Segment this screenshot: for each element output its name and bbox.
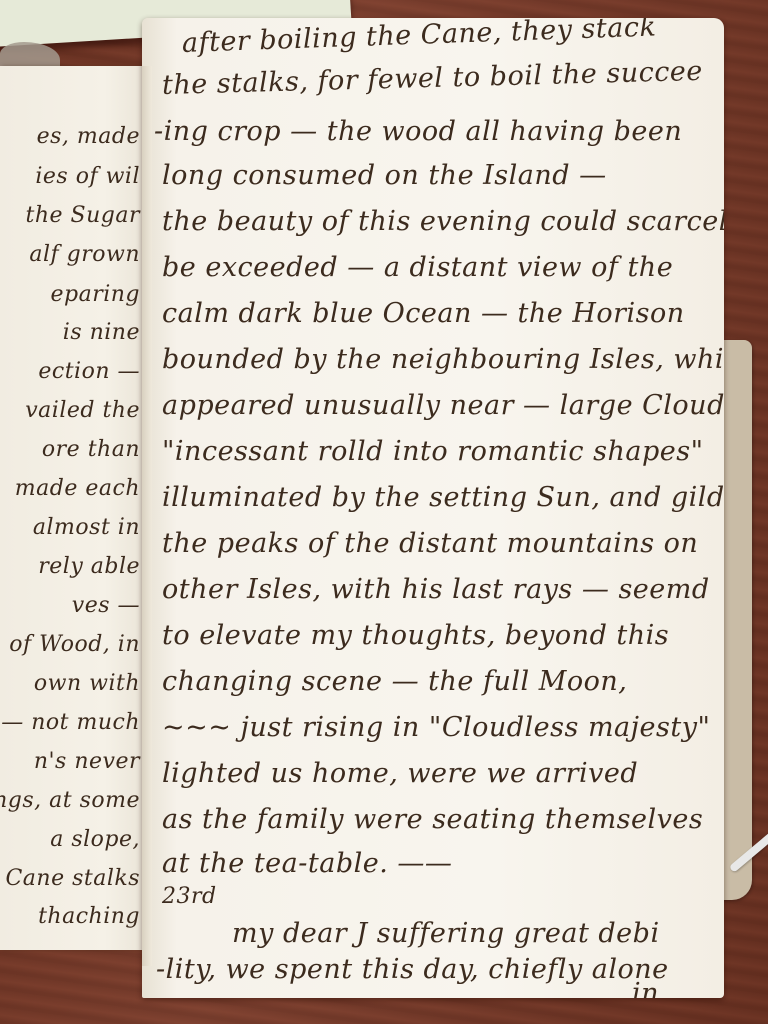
right-line: -lity, we spent this day, chiefly alone [156, 954, 669, 985]
book-gutter [142, 66, 152, 966]
left-line: made each [15, 476, 140, 501]
right-line: appeared unusually near — large Clouds [162, 390, 724, 421]
right-line: my dear J suffering great debi [232, 918, 660, 949]
left-line: own with [34, 671, 140, 696]
left-line: almost in [33, 515, 140, 540]
entry-date: 23rd [162, 884, 217, 909]
left-page: es, made ies of wil the Sugar alf grown … [0, 66, 150, 950]
right-line: -ing crop — the wood all having been [154, 116, 682, 147]
right-line: at the tea-table. —— [162, 848, 452, 879]
right-line: as the family were seating themselves [162, 804, 703, 835]
left-line: ection — [38, 359, 140, 384]
right-line: to elevate my thoughts, beyond this [162, 620, 669, 651]
right-line: lighted us home, were we arrived [162, 758, 638, 789]
right-page: after boiling the Cane, they stack the s… [142, 18, 724, 998]
right-line: illuminated by the setting Sun, and gild… [162, 482, 724, 513]
left-line: of Wood, in [9, 632, 140, 657]
left-line: ves — [72, 593, 140, 618]
right-line: the peaks of the distant mountains on [162, 528, 698, 559]
right-line: in [632, 978, 659, 998]
left-line: ies of wil [35, 164, 140, 189]
left-line: es, made [37, 124, 140, 149]
right-line: be exceeded — a distant view of the [162, 252, 673, 283]
left-line: vailed the [25, 398, 140, 423]
right-line: long consumed on the Island — [162, 160, 607, 191]
right-line: "incessant rolld into romantic shapes" [162, 436, 704, 467]
left-line: the Sugar [26, 203, 140, 228]
right-line: calm dark blue Ocean — the Horison [162, 298, 685, 329]
left-line: ngs, at some [0, 788, 140, 813]
right-line: the stalks, for fewel to boil the succee [162, 56, 704, 101]
left-line: a slope, [50, 827, 140, 852]
left-line: is nine [63, 320, 140, 345]
left-line: ore than [42, 437, 140, 462]
right-line: changing scene — the full Moon, [162, 666, 627, 697]
left-line: ) — not much [0, 710, 140, 735]
right-line: ~~~ just rising in "Cloudless majesty" [162, 712, 710, 743]
left-line: alf grown [29, 242, 140, 267]
right-line: the beauty of this evening could scarcel… [162, 206, 724, 237]
left-line: thaching [38, 904, 140, 929]
left-line: eparing [50, 282, 140, 307]
left-line: rely able [38, 554, 140, 579]
right-line: after boiling the Cane, they stack [181, 18, 656, 59]
left-line: n's never [34, 749, 140, 774]
left-line: h Cane stalks [0, 866, 140, 891]
right-line: other Isles, with his last rays — seemd [162, 574, 710, 605]
right-line: bounded by the neighbouring Isles, which [162, 344, 724, 375]
